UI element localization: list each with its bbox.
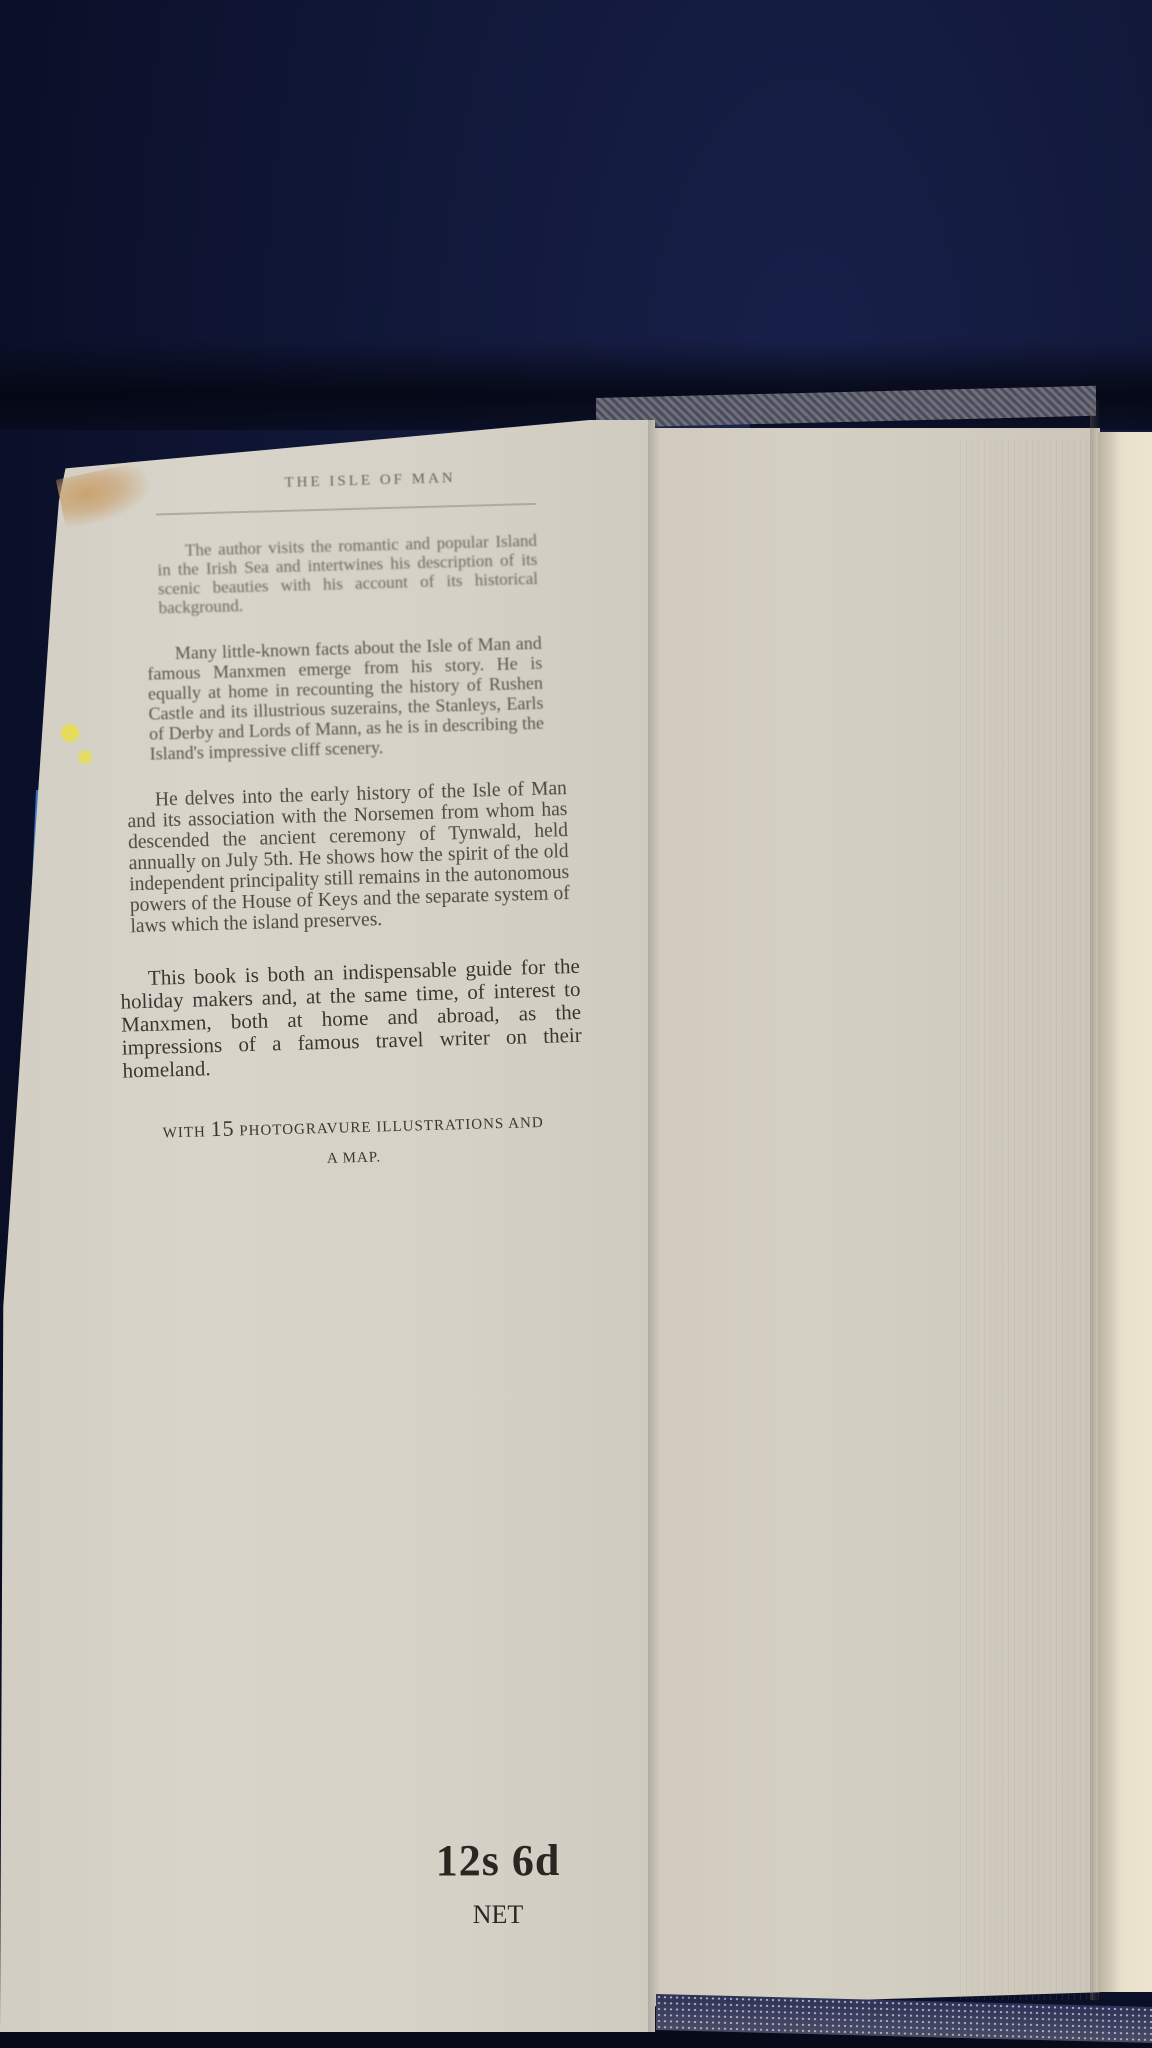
illustrations-count: 15 xyxy=(210,1116,235,1142)
flap-paragraph-3: He delves into the early history of the … xyxy=(127,778,571,937)
flap-edge-shadow xyxy=(648,420,660,2032)
illustrations-suffix: PHOTOGRAVURE ILLUSTRATIONS AND xyxy=(239,1115,544,1139)
cover-art-yellow-spots xyxy=(55,715,105,775)
price-block: 12s 6d NET xyxy=(398,1836,598,1930)
page-fore-edge xyxy=(1098,432,1152,1992)
price-amount: 12s 6d xyxy=(398,1836,598,1886)
page-edge-lines xyxy=(960,440,1100,2000)
price-net-label: NET xyxy=(398,1900,598,1930)
flap-paragraph-2: Many little-known facts about the Isle o… xyxy=(147,633,545,764)
flap-paragraph-1: The author visits the romantic and popul… xyxy=(157,531,539,618)
illustrations-line2: A MAP. xyxy=(327,1149,382,1167)
illustrations-note: WITH 15 PHOTOGRAVURE ILLUSTRATIONS AND A… xyxy=(118,1104,590,1180)
flap-text-block: THE ISLE OF MAN The author visits the ro… xyxy=(100,467,599,1180)
flap-paragraph-4: This book is both an indispensable guide… xyxy=(120,955,583,1083)
title-rule xyxy=(156,503,536,516)
illustrations-prefix: WITH xyxy=(162,1124,206,1141)
